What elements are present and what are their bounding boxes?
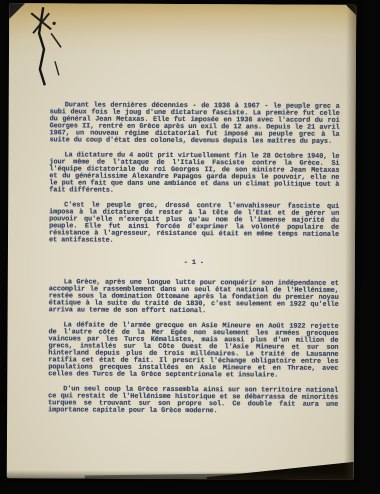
paragraph-6: D'un seul coup la Grèce rassembla ainsi …: [48, 386, 338, 416]
paper-edge-shadow-bottom: [7, 470, 354, 480]
paragraph-3: C'est le peuple grec, dressé contre l'en…: [49, 202, 339, 246]
paragraph-4: La Grèce, après une longue lutte pour co…: [49, 279, 339, 316]
paragraph-1: Durant les dernières décennies - de 1936…: [50, 102, 340, 146]
document-page: Durant les dernières décennies - de 1936…: [7, 3, 356, 480]
paragraph-2: La dictature du 4 août prit virtuellemen…: [49, 152, 339, 196]
scan-background: Durant les dernières décennies - de 1936…: [0, 0, 380, 494]
typewritten-text-block: Durant les dernières décennies - de 1936…: [48, 102, 340, 424]
page-number: - 1 -: [49, 259, 339, 268]
staple-pen-marks: [21, 3, 91, 93]
paper-edge-shadow-right: [344, 5, 356, 480]
paragraph-5: La défaite de l'armée grecque en Asie Mi…: [48, 322, 338, 380]
